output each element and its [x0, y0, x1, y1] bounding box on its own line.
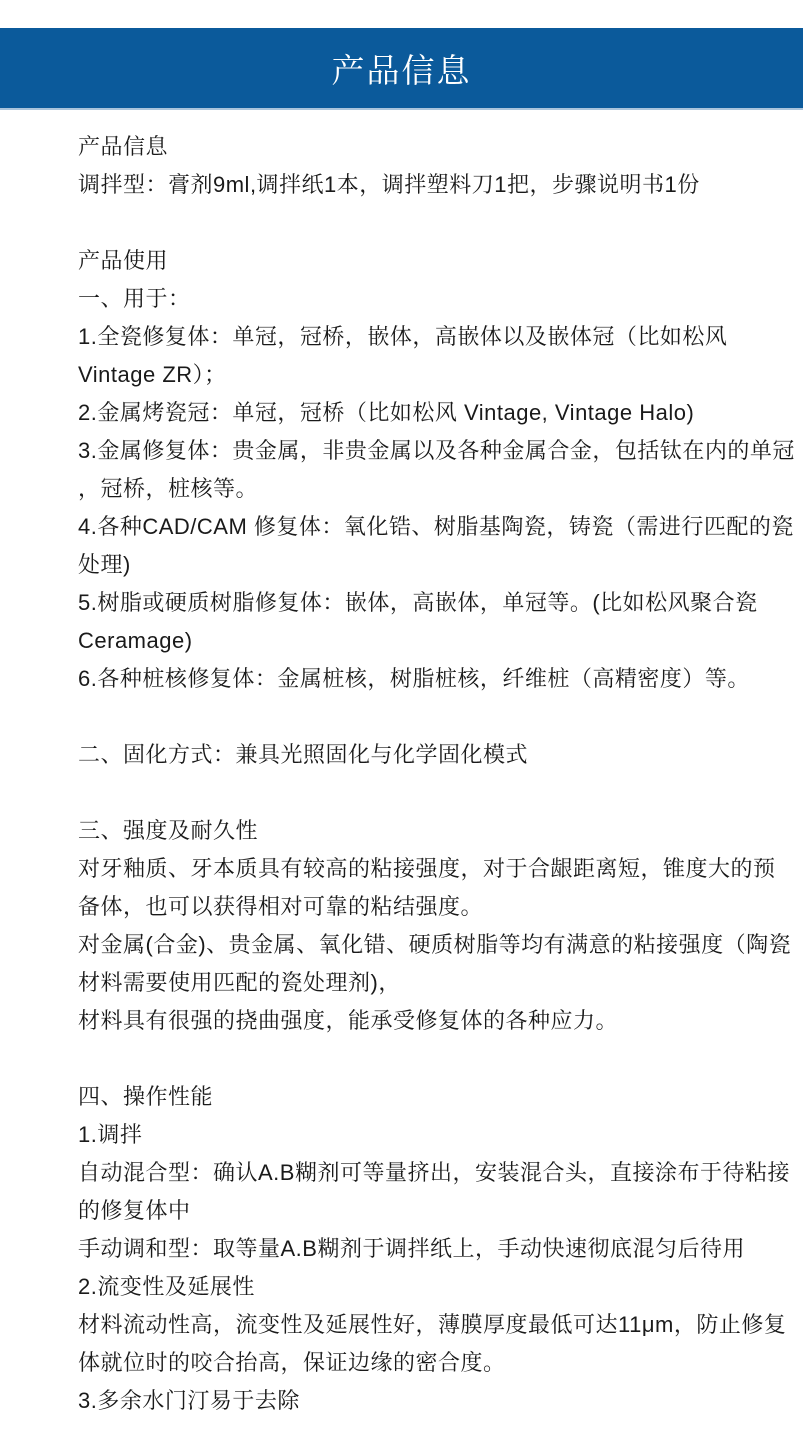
text-line: 备体，也可以获得相对可靠的粘结强度。: [78, 888, 763, 926]
text-line: 1.调拌: [78, 1116, 763, 1154]
text-line: 3.多余水门汀易于去除: [78, 1382, 763, 1420]
text-line: 对金属(合金)、贵金属、氧化错、硬质树脂等均有满意的粘接强度（陶瓷: [78, 926, 763, 964]
text-line: Vintage ZR）；: [78, 356, 763, 394]
text-line: 产品信息: [78, 128, 763, 166]
text-line: 6.各种桩核修复体：金属桩核，树脂桩核，纤维桩（高精密度）等。: [78, 660, 763, 698]
top-margin-strip: [0, 0, 803, 28]
text-line: 材料需要使用匹配的瓷处理剂)，: [78, 964, 763, 1002]
blank-line: [78, 1040, 763, 1078]
text-line: 四、操作性能: [78, 1078, 763, 1116]
header-banner: 产品信息: [0, 28, 803, 110]
text-line: 处理): [78, 546, 763, 584]
text-line: 2.金属烤瓷冠：单冠，冠桥（比如松风 Vintage, Vintage Halo…: [78, 394, 763, 432]
text-line: 产品使用: [78, 242, 763, 280]
text-line: 3.金属修复体：贵金属，非贵金属以及各种金属合金，包括钛在内的单冠: [78, 432, 763, 470]
blank-line: [78, 204, 763, 242]
product-description-body: 产品信息调拌型：膏剂9ml,调拌纸1本，调拌塑料刀1把，步骤说明书1份产品使用一…: [0, 110, 803, 1420]
text-line: 的修复体中: [78, 1192, 763, 1230]
blank-line: [78, 774, 763, 812]
text-line: 4.各种CAD/CAM 修复体：氧化锆、树脂基陶瓷，铸瓷（需进行匹配的瓷: [78, 508, 763, 546]
text-line: 二、固化方式：兼具光照固化与化学固化模式: [78, 736, 763, 774]
text-line: 5.树脂或硬质树脂修复体：嵌体，高嵌体，单冠等。(比如松风聚合瓷: [78, 584, 763, 622]
text-line: Ceramage): [78, 622, 763, 660]
blank-line: [78, 698, 763, 736]
text-line: 对牙釉质、牙本质具有较高的粘接强度，对于合龈距离短，锥度大的预: [78, 850, 763, 888]
text-line: 一、用于：: [78, 280, 763, 318]
text-line: 材料具有很强的挠曲强度，能承受修复体的各种应力。: [78, 1002, 763, 1040]
text-line: 1.全瓷修复体：单冠，冠桥，嵌体，高嵌体以及嵌体冠（比如松风: [78, 318, 763, 356]
text-line: 自动混合型：确认A.B糊剂可等量挤出，安装混合头，直接涂布于待粘接: [78, 1154, 763, 1192]
text-line: 三、强度及耐久性: [78, 812, 763, 850]
text-line: 2.流变性及延展性: [78, 1268, 763, 1306]
text-line: 手动调和型：取等量A.B糊剂于调拌纸上，手动快速彻底混匀后待用: [78, 1230, 763, 1268]
text-line: ，冠桥，桩核等。: [78, 470, 763, 508]
text-line: 调拌型：膏剂9ml,调拌纸1本，调拌塑料刀1把，步骤说明书1份: [78, 166, 763, 204]
text-line: 材料流动性高，流变性及延展性好，薄膜厚度最低可达11μm，防止修复: [78, 1306, 763, 1344]
page-title: 产品信息: [332, 45, 472, 92]
text-line: 体就位时的咬合抬高，保证边缘的密合度。: [78, 1344, 763, 1382]
